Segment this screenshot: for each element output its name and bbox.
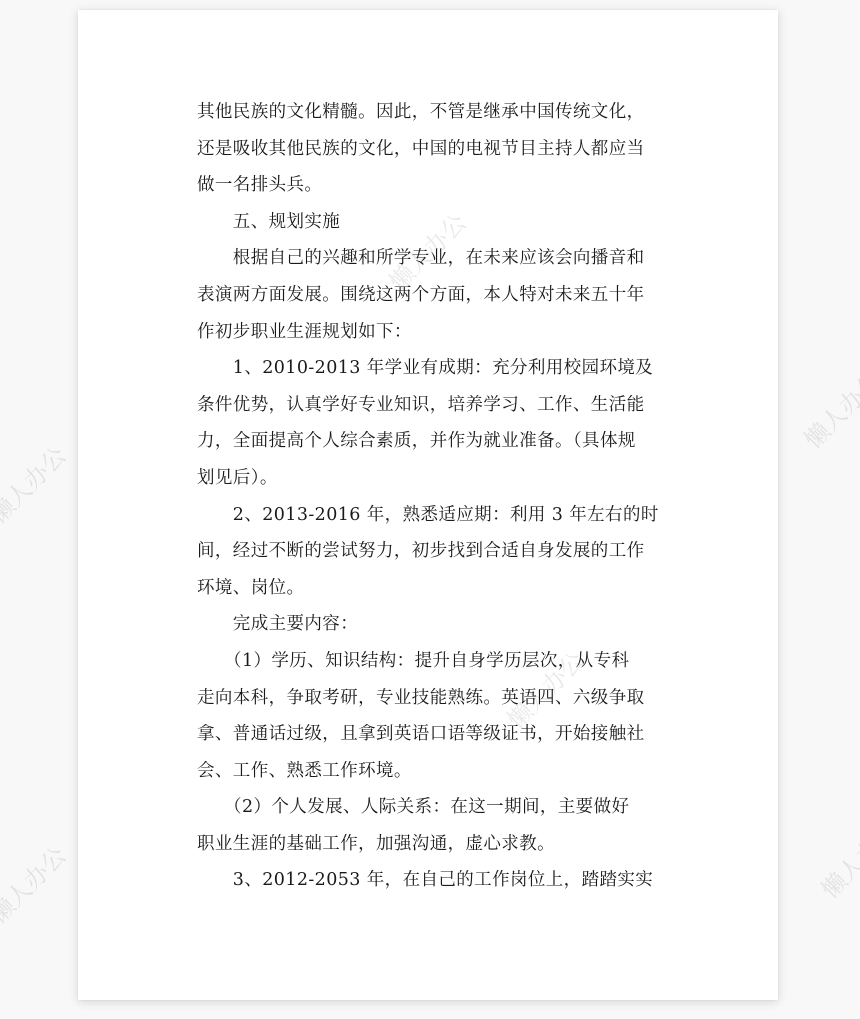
text-line: 根据自己的兴趣和所学专业，在未来应该会向播音和: [197, 240, 663, 277]
document-body: 其他民族的文化精髓。因此，不管是继承中国传统文化， 还是吸收其他民族的文化，中国…: [197, 94, 663, 899]
text-line: 2、2013-2016 年，熟悉适应期：利用 3 年左右的时: [197, 497, 663, 534]
text-line: 会、工作、熟悉工作环境。: [197, 753, 663, 790]
text-line: 力，全面提高个人综合素质，并作为就业准备。（具体规: [197, 423, 663, 460]
text-line: 划见后）。: [197, 460, 663, 497]
watermark: 懒人办公: [0, 837, 73, 930]
text-line: （1）学历、知识结构：提升自身学历层次，从专科: [197, 643, 663, 680]
section-heading: 五、规划实施: [197, 204, 663, 241]
watermark: 懒人办公: [0, 437, 73, 530]
text-line: 作初步职业生涯规划如下：: [197, 314, 663, 351]
text-line: 环境、岗位。: [197, 570, 663, 607]
text-line: 职业生涯的基础工作，加强沟通，虚心求教。: [197, 826, 663, 863]
text-line: 表演两方面发展。围绕这两个方面，本人特对未来五十年: [197, 277, 663, 314]
text-line: 3、2012-2053 年，在自己的工作岗位上，踏踏实实: [197, 862, 663, 899]
text-line: 完成主要内容：: [197, 606, 663, 643]
text-line: 条件优势，认真学好专业知识，培养学习、工作、生活能: [197, 387, 663, 424]
text-line: 还是吸收其他民族的文化，中国的电视节目主持人都应当: [197, 131, 663, 168]
text-line: （2）个人发展、人际关系：在这一期间，主要做好: [197, 789, 663, 826]
text-line: 其他民族的文化精髓。因此，不管是继承中国传统文化，: [197, 94, 663, 131]
text-line: 间，经过不断的尝试努力，初步找到合适自身发展的工作: [197, 533, 663, 570]
text-line: 1、2010-2013 年学业有成期：充分利用校园环境及: [197, 350, 663, 387]
watermark: 懒人办公: [795, 362, 860, 455]
watermark: 懒人办公: [812, 812, 860, 905]
document-page: 其他民族的文化精髓。因此，不管是继承中国传统文化， 还是吸收其他民族的文化，中国…: [78, 10, 778, 1000]
text-line: 做一名排头兵。: [197, 167, 663, 204]
text-line: 走向本科，争取考研，专业技能熟练。英语四、六级争取: [197, 680, 663, 717]
text-line: 拿、普通话过级，且拿到英语口语等级证书，开始接触社: [197, 716, 663, 753]
